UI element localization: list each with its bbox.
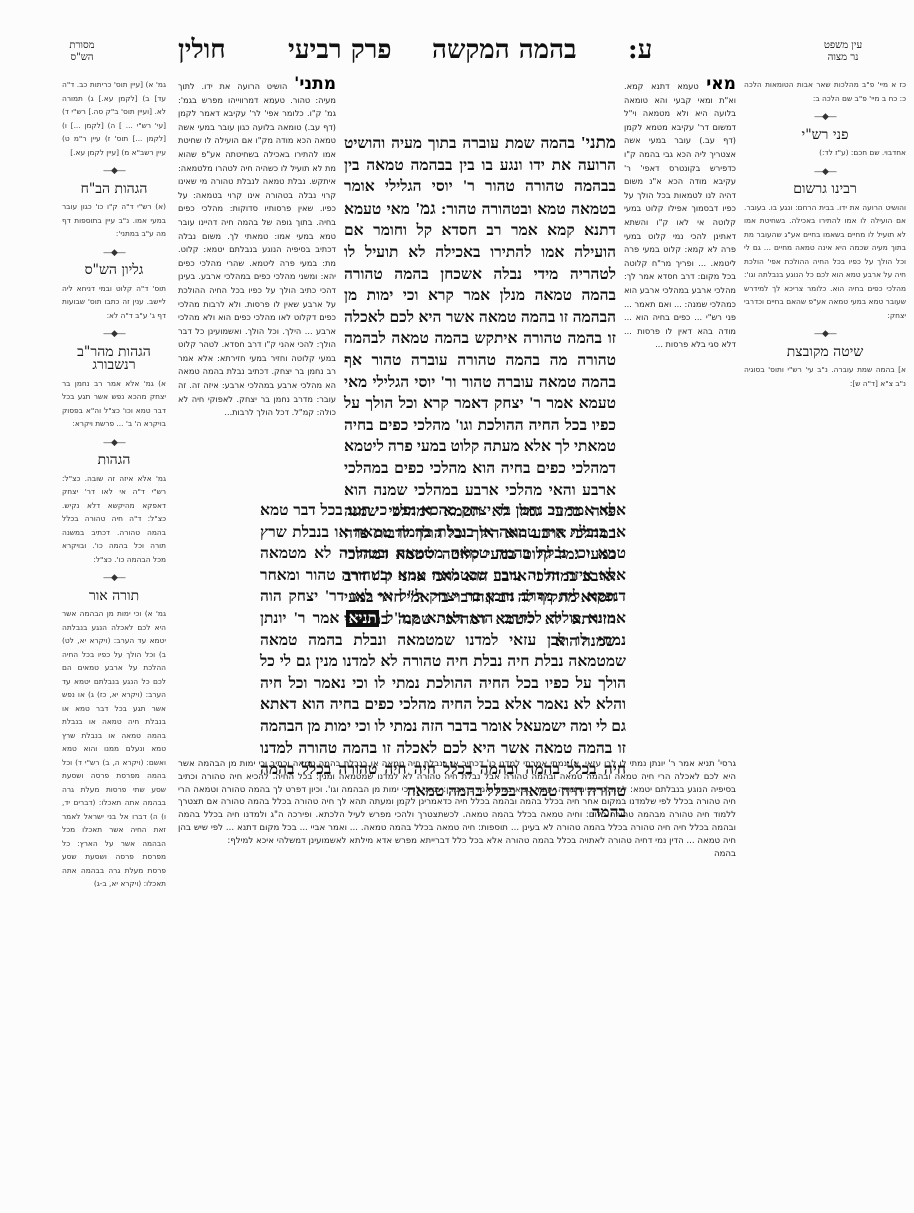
header-left-label-2: הש"ס — [52, 52, 112, 64]
tosafot-heading: מאי — [706, 74, 736, 94]
mishna-label: מתני' — [581, 133, 616, 152]
ornament-divider: —◆— — [744, 111, 906, 125]
ein-mishpat-header: עין משפט נר מצוה — [768, 40, 914, 64]
shita-mekubetzet-text: א] בהמה שמת עוברה. נ"ב עי' רש"י ותוס' בס… — [744, 363, 906, 390]
gemara-text-2: אלא אמר רב נחמן בר יצחק מהכא נפש כי תגע … — [260, 502, 626, 627]
ornament-divider: —◆— — [62, 328, 166, 342]
ornament-divider: —◆— — [62, 247, 166, 261]
header-right-label-2: נר מצוה — [768, 52, 914, 64]
gilyon-hashas-title: גליון הש"ס — [62, 264, 166, 278]
rashi-commentary: מתני' הושיט הרועה את ידו. לתוך מעיה: טהו… — [178, 78, 336, 420]
pnei-rashi-title: פני רש"י — [744, 129, 906, 143]
tosafot-text: טעמא דתנא קמא. וא"ת ומאי קבעי והא טומאה … — [624, 81, 736, 349]
hagahot-habach-title: הגהות הב"ח — [62, 183, 166, 197]
hagahot-habach-text: (א) רש"י ד"ה ק"ו כו' כגון עובר במעי אמו.… — [62, 200, 166, 241]
hagahot-title: הגהות — [62, 454, 166, 468]
gemara-label: גמ' — [415, 199, 435, 218]
folio-number: ע: — [628, 36, 652, 64]
chapter-name: בהמה המקשה — [432, 36, 577, 64]
chapter-number: פרק רביעי — [288, 36, 392, 64]
header-right-label-1: עין משפט — [768, 40, 914, 52]
ornament-divider: —◆— — [62, 165, 166, 179]
tractate-title: חולין — [178, 36, 226, 64]
header-left-label-1: מסורת — [52, 40, 112, 52]
bottom-commentary-text: גרסי' תניא אמר ר' יונתן נמתי לו לבן עזאי… — [178, 759, 736, 846]
bottom-commentary: גרסי' תניא אמר ר' יונתן נמתי לו לבן עזאי… — [178, 758, 736, 860]
masoret-hashas-header: מסורת הש"ס — [52, 40, 112, 64]
rabbeinu-gershom-title: רבינו גרשום — [744, 183, 906, 197]
torah-or-title: תורה אור — [62, 590, 166, 604]
rashi-heading: מתני' — [294, 74, 336, 94]
ornament-divider: —◆— — [62, 437, 166, 451]
pnei-rashi-text: אחדבוי. שם חכם: (ע"ז לד:) — [744, 146, 906, 160]
ornament-divider: —◆— — [744, 166, 906, 180]
ornament-divider: —◆— — [62, 572, 166, 586]
gilyon-hashas-text: תוס' ד"ה קלוט ובמי דניחא ליה ליישב. ענין… — [62, 282, 166, 323]
ornament-divider: —◆— — [744, 328, 906, 342]
hagahot-text: גמ' אלא איזה זה שובה. כצ"ל: רש"י ד"ה אי … — [62, 472, 166, 567]
maharshab-text: א) גמ' אלא אמר רב נחמן בר יצחק מהכא נפש … — [62, 377, 166, 431]
bottom-commentary-last-word: בהמה — [178, 848, 736, 861]
ein-mishpat-text: כז א מיי' פ"ב מהלכות שאר אבות הטומאות הל… — [744, 78, 906, 105]
maharshab-title: הגהות מהר"ב רנשבורג — [62, 346, 166, 373]
rashi-text: הושיט הרועה את ידו. לתוך מעיה: טהור. טעמ… — [178, 81, 336, 417]
rabbeinu-gershom-text: והושיט הרועה את ידו. בבית הרחם: ונגע בו.… — [744, 201, 906, 323]
left-margin: גמ' א) [עיין תוס' כריתות כב. ד"ה עד] ב) … — [62, 78, 166, 891]
tanya-boxed-word: תניא — [346, 610, 379, 627]
torah-or-text: גמ' א) וכי ימות מן הבהמה אשר היא לכם לאכ… — [62, 607, 166, 891]
masoret-hashas-text: גמ' א) [עיין תוס' כריתות כב. ד"ה עד] ב) … — [62, 78, 166, 159]
right-margin: כז א מיי' פ"ב מהלכות שאר אבות הטומאות הל… — [744, 78, 906, 390]
shita-mekubetzet-title: שיטה מקובצת — [744, 346, 906, 360]
tosafot-commentary: מאי טעמא דתנא קמא. וא"ת ומאי קבעי והא טו… — [624, 78, 736, 352]
